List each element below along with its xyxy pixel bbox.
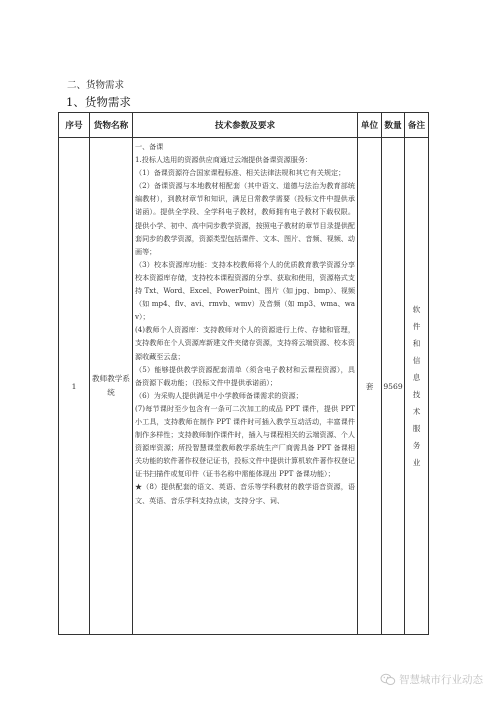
header-name: 货物名称: [90, 113, 133, 138]
cell-remark: 软件和信息技术服务业: [405, 138, 429, 635]
tech-line: (4)教师个人资源库：支持教师对个人的资源进行上传、存储和管理，支持教师在个人资…: [135, 323, 355, 362]
tech-line: （1）备课资源符合国家课程标准、相关法律法规和其它有关规定；: [135, 166, 355, 179]
cell-name: 教师教学系统: [90, 138, 133, 635]
tech-line: ★（8）提供配套的语文、英语、音乐等学科教材的教学语音资源，语文、英语、音乐学科…: [135, 480, 355, 506]
header-unit: 单位: [358, 113, 382, 138]
cell-index: 1: [59, 138, 90, 635]
remark-text: 软件和信息技术服务业: [410, 301, 424, 471]
subsection-heading: 1、货物需求: [66, 94, 131, 110]
cell-unit: 套: [358, 138, 382, 635]
wechat-icon: [380, 673, 396, 686]
tech-line: （3）校本资源库功能：支持本校教师将个人的优质教育教学资源分享校本资源库存储，支…: [135, 258, 355, 323]
tech-line: 1.投标人选用的资源供应商通过云端提供备课资源服务：: [135, 153, 355, 166]
cell-quantity: 9569: [382, 138, 405, 635]
header-remark: 备注: [405, 113, 429, 138]
goods-requirement-table: 序号 货物名称 技术参数及要求 单位 数量 备注 1 教师教学系统 一、备课 1…: [58, 112, 429, 635]
watermark: 智慧城市行业动态: [380, 672, 483, 687]
tech-line: （6）为采购人提供满足中小学教师备课需求的资源；: [135, 389, 355, 402]
tech-line: （5）能够提供教学资源配套清单（须含电子教材和云课程资源），具备资源下载功能；（…: [135, 363, 355, 389]
table-header-row: 序号 货物名称 技术参数及要求 单位 数量 备注: [59, 113, 429, 138]
header-quantity: 数量: [382, 113, 405, 138]
watermark-text: 智慧城市行业动态: [399, 672, 483, 687]
cell-tech-requirements: 一、备课 1.投标人选用的资源供应商通过云端提供备课资源服务： （1）备课资源符…: [133, 138, 358, 635]
table-row: 1 教师教学系统 一、备课 1.投标人选用的资源供应商通过云端提供备课资源服务：…: [59, 138, 429, 635]
tech-line: (7)每节课时至少包含有一条可二次加工的成品 PPT 课件，提供 PPT 小工具…: [135, 402, 355, 481]
tech-line: （2）备课资源与本地教材相配套（其中语文、道德与法治为教育部统编教材），到教材章…: [135, 179, 355, 258]
header-tech: 技术参数及要求: [133, 113, 358, 138]
header-index: 序号: [59, 113, 90, 138]
tech-line: 一、备课: [135, 140, 355, 153]
item-name: 教师教学系统: [92, 372, 130, 400]
section-heading: 二、货物需求: [67, 77, 124, 91]
